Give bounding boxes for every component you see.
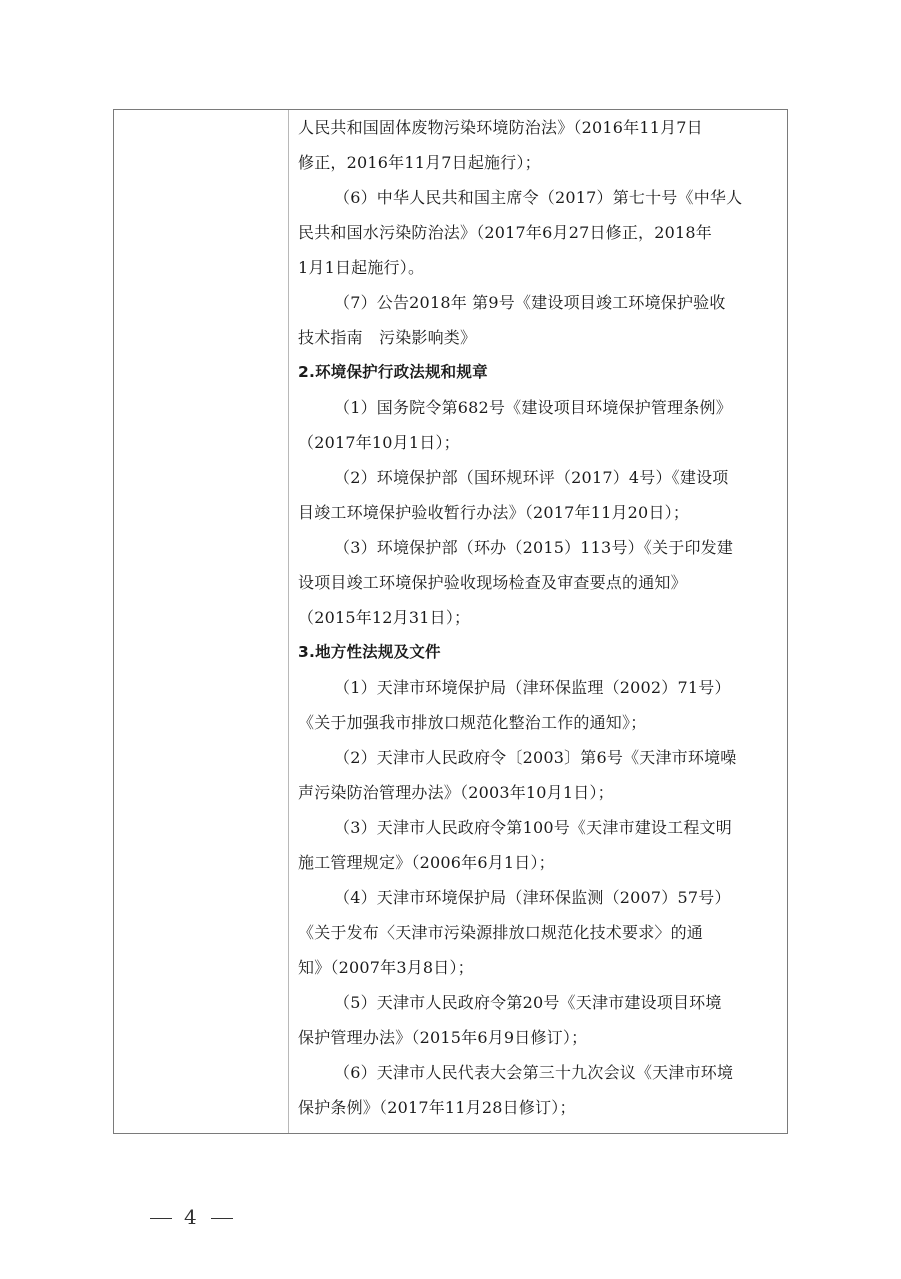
dash-left — [150, 1218, 172, 1220]
text-line: 民共和国水污染防治法》（2017年6月27日修正，2018年 — [298, 215, 779, 250]
text-line: 保护管理办法》（2015年6月9日修订）； — [298, 1020, 779, 1055]
list-item: （2）环境保护部（国环规环评（2017）4号）《建设项 — [298, 460, 779, 495]
section-heading: 3.地方性法规及文件 — [298, 635, 779, 670]
text-line: 《关于发布〈天津市污染源排放口规范化技术要求〉的通 — [298, 915, 779, 950]
text-line: 施工管理规定》（2006年6月1日）； — [298, 845, 779, 880]
text-line: 声污染防治管理办法》（2003年10月1日）； — [298, 775, 779, 810]
list-item: （6）中华人民共和国主席令（2017）第七十号《中华人 — [298, 180, 779, 215]
regulations-table: 人民共和国固体废物污染环境防治法》（2016年11月7日 修正，2016年11月… — [113, 109, 788, 1134]
text-line: （2015年12月31日）； — [298, 600, 779, 635]
list-item: （5）天津市人民政府令第20号《天津市建设项目环境 — [298, 985, 779, 1020]
section-heading: 2.环境保护行政法规和规章 — [298, 355, 779, 390]
table-left-cell — [114, 110, 289, 1133]
text-line: 保护条例》（2017年11月28日修订）； — [298, 1090, 779, 1125]
dash-right — [211, 1218, 233, 1220]
text-line: 《关于加强我市排放口规范化整治工作的通知》； — [298, 705, 779, 740]
list-item: （4）天津市环境保护局（津环保监测（2007）57号） — [298, 880, 779, 915]
page-footer: 4 — [138, 1205, 245, 1229]
list-item: （2）天津市人民政府令〔2003〕第6号《天津市环境噪 — [298, 740, 779, 775]
text-line: （2017年10月1日）； — [298, 425, 779, 460]
text-line: 设项目竣工环境保护验收现场检查及审查要点的通知》 — [298, 565, 779, 600]
list-item: （1）国务院令第682号《建设项目环境保护管理条例》 — [298, 390, 779, 425]
text-line: 1月1日起施行）。 — [298, 250, 779, 285]
text-line: 目竣工环境保护验收暂行办法》（2017年11月20日）； — [298, 495, 779, 530]
text-line: 修正，2016年11月7日起施行）； — [298, 145, 779, 180]
list-item: （1）天津市环境保护局（津环保监理（2002）71号） — [298, 670, 779, 705]
text-line: 人民共和国固体废物污染环境防治法》（2016年11月7日 — [298, 110, 779, 145]
table-right-cell: 人民共和国固体废物污染环境防治法》（2016年11月7日 修正，2016年11月… — [290, 110, 787, 1133]
list-item: （6）天津市人民代表大会第三十九次会议《天津市环境 — [298, 1055, 779, 1090]
document-page: 人民共和国固体废物污染环境防治法》（2016年11月7日 修正，2016年11月… — [0, 0, 901, 1279]
text-line: 知》（2007年3月8日）； — [298, 950, 779, 985]
list-item: （3）环境保护部（环办（2015）113号）《关于印发建 — [298, 530, 779, 565]
list-item: （7）公告2018年 第9号《建设项目竣工环境保护验收 — [298, 285, 779, 320]
page-number: 4 — [184, 1205, 199, 1229]
text-line: 技术指南 污染影响类》 — [298, 320, 779, 355]
list-item: （3）天津市人民政府令第100号《天津市建设工程文明 — [298, 810, 779, 845]
